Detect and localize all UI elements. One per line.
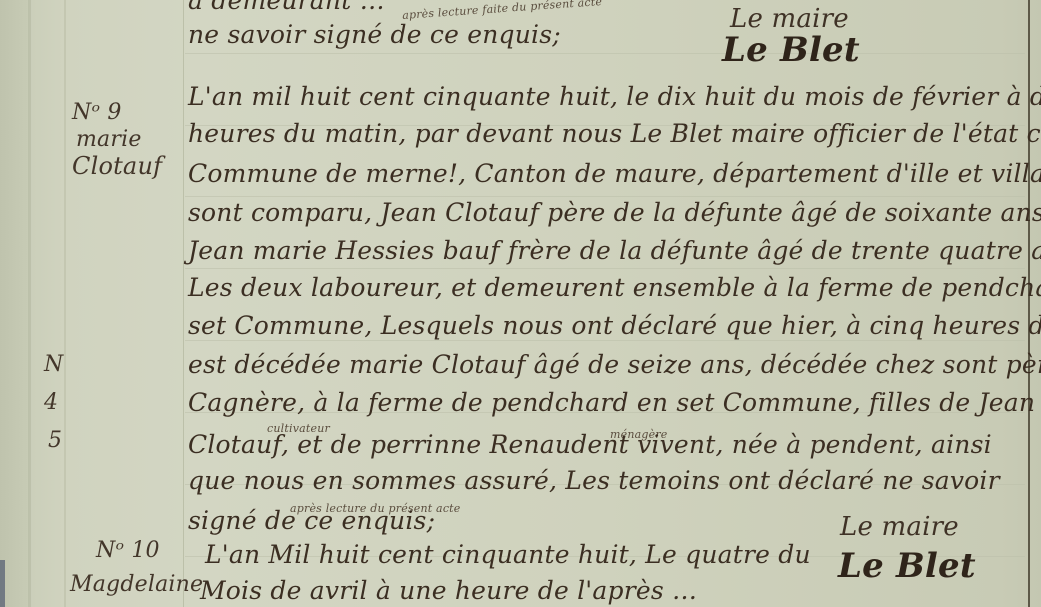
entry-margin-name: Magdelaine: [70, 572, 203, 597]
register-page: à demeurant … après lecture faite du pré…: [0, 0, 1041, 607]
margin-rule: [183, 0, 184, 607]
entry-line: Jean marie Hessies bauf frère de la défu…: [188, 236, 1041, 265]
entry-margin-name: marie: [76, 127, 142, 152]
entry-line: Clotauf, et de perrinne Renaudent vivent…: [188, 430, 992, 459]
entry-line: set Commune, Lesquels nous ont déclaré q…: [188, 311, 1041, 340]
entry-line: est décédée marie Clotauf âgé de seize a…: [188, 350, 1041, 379]
page-fold-line: [28, 0, 31, 607]
ruled-line: [185, 196, 1025, 197]
entry-signature-label: Le maire: [840, 512, 959, 542]
margin-annotation: 4: [44, 390, 58, 415]
entry-line: Les deux laboureur, et demeurent ensembl…: [188, 273, 1041, 302]
ruled-line: [185, 268, 1025, 269]
ruled-line: [185, 340, 1025, 341]
entry-line: Mois de avril à une heure de l'après …: [200, 576, 697, 605]
entry-line: Cagnère, à la ferme de pendchard en set …: [188, 388, 1035, 417]
entry-line: sont comparu, Jean Clotauf père de la dé…: [188, 198, 1041, 227]
prev-entry-interlinear-note: après lecture faite du présent acte: [402, 0, 603, 22]
margin-annotation: N: [44, 352, 63, 377]
binding-edge: [0, 560, 5, 607]
entry-line: heures du matin, par devant nous Le Blet…: [188, 119, 1041, 148]
entry-line: que nous en sommes assuré, Les temoins o…: [188, 466, 1000, 495]
entry-margin-surname: Clotauf: [72, 152, 162, 180]
margin-annotation: 5: [48, 428, 62, 453]
entry-line: L'an Mil huit cent cinquante huit, Le qu…: [205, 540, 811, 569]
prev-entry-closing-line: ne savoir signé de ce enquis;: [188, 20, 561, 49]
prev-entry-cut-line: à demeurant …: [188, 0, 385, 15]
entry-number: Nᵒ 9: [72, 100, 122, 125]
prev-entry-signature: Le Blet: [722, 30, 860, 70]
entry-line: L'an mil huit cent cinquante huit, le di…: [188, 82, 1041, 111]
entry-signature: Le Blet: [838, 546, 976, 586]
entry-line: signé de ce enquis;: [188, 506, 435, 535]
ruled-line: [185, 53, 1025, 54]
entry-number: Nᵒ 10: [96, 538, 160, 563]
entry-line: Commune de merne!, Canton de maure, dépa…: [188, 159, 1041, 188]
page-fold-line: [64, 0, 66, 607]
